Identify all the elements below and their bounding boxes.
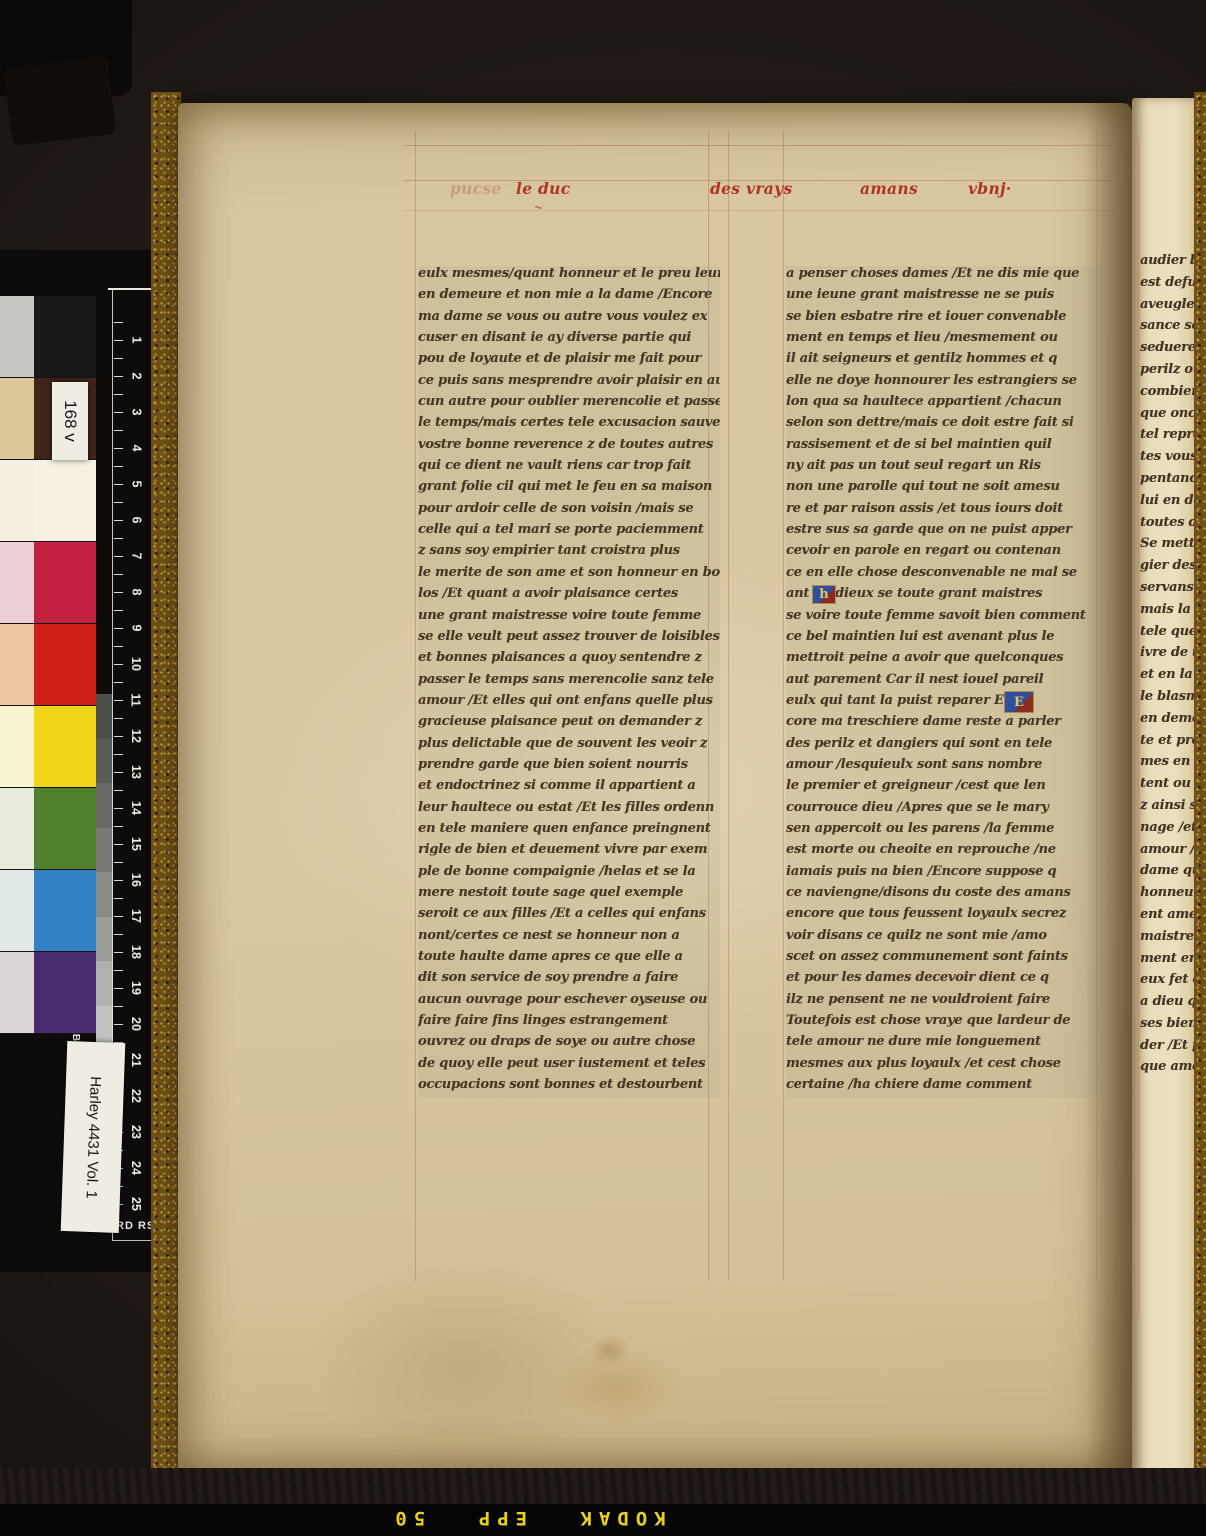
illuminated-initial: E (1004, 691, 1034, 713)
ruling-line (415, 131, 416, 1281)
ruler-number: 24 (118, 1150, 154, 1186)
ruler-number: 10 (118, 646, 154, 682)
manuscript-line: nont/certes ce nest se honneur non a (418, 928, 720, 949)
color-patch-row (0, 624, 96, 706)
ruling-line (783, 131, 784, 1281)
manuscript-line: occupacions sont bonnes et destourbent (418, 1077, 720, 1098)
manuscript-line: a penser choses dames /Et ne dis mie que (786, 266, 1102, 287)
color-patch-tint (0, 542, 34, 623)
manuscript-line: nage /et (1140, 817, 1194, 839)
color-patch-solid (34, 870, 96, 951)
initial-letter: h (819, 588, 828, 601)
manuscript-line: eux fet con (1140, 969, 1194, 991)
folio-label-text: 168 v (60, 400, 80, 442)
manuscript-line: eulx mesmes/quant honneur et le preu leu… (418, 266, 720, 287)
color-patch-tint (0, 870, 34, 951)
manuscript-line: en tele maniere quen enfance preingnent (418, 821, 720, 842)
film-edge-strip: KODAK EPP 50 (0, 1504, 1206, 1536)
color-patch-row (0, 706, 96, 788)
manuscript-line: leur haultece ou estat /Et les filles or… (418, 800, 720, 821)
manuscript-line: estre sus sa garde que on ne puist apper (786, 522, 1102, 543)
manuscript-line: se voire toute femme savoit bien comment (786, 608, 1102, 629)
color-patch-tint (0, 706, 34, 787)
manuscript-line: le blasme (1140, 686, 1194, 708)
manuscript-line: mesmes aux plus loyaulx /et cest chose (786, 1056, 1102, 1077)
manuscript-line: mes en qu (1140, 751, 1194, 773)
manuscript-line: tel reprou (1140, 424, 1194, 446)
manuscript-line: eulx qui tant la puist reparer Et en (786, 693, 1102, 714)
color-patch-row (0, 542, 96, 624)
manuscript-line: rigle de bien et deuement vivre par exem (418, 842, 720, 863)
manuscript-line: scet on assez communement sont faints (786, 949, 1102, 970)
ruler-number: 19 (118, 970, 154, 1006)
manuscript-line: amour /Et elles qui ont enfans quelle pl… (418, 693, 720, 714)
gilt-binding-edge-left (151, 92, 181, 1484)
manuscript-line: aucun ouvrage pour eschever oyseuse ou (418, 992, 720, 1013)
manuscript-line: sen appercoit ou les parens /la femme (786, 821, 1102, 842)
manuscript-line: plus delictable que de souvent les veoir… (418, 736, 720, 757)
next-folio-edge: audier bonest defulaveugleesance sensedu… (1132, 98, 1194, 1484)
manuscript-line: et endoctrinez si comme il appartient a (418, 778, 720, 799)
manuscript-line: los /Et quant a avoir plaisance certes (418, 586, 720, 607)
manuscript-line: est deful (1140, 272, 1194, 294)
color-patch-solid (34, 542, 96, 623)
color-patch-solid (34, 952, 96, 1033)
manuscript-line: aut parement Car il nest iouel pareil (786, 672, 1102, 693)
running-header-amans: amans (860, 179, 918, 198)
color-patch-solid (34, 706, 96, 787)
photograph: B 0 123456789101112131415161718192021222… (0, 0, 1206, 1536)
manuscript-line: il ait seigneurs et gentilz hommes et q (786, 351, 1102, 372)
running-header-le-duc: le duc (516, 179, 571, 198)
manuscript-line: amour / (1140, 839, 1194, 861)
shelfmark-label-text: Harley 4431 Vol. 1 (82, 1075, 103, 1198)
manuscript-line: te et pron (1140, 730, 1194, 752)
manuscript-line: ce naviengne/disons du coste des amans (786, 885, 1102, 906)
initial-letter: E (1014, 696, 1024, 709)
manuscript-line: honneur s (1140, 882, 1194, 904)
manuscript-line: Toutefois est chose vraye que lardeur de (786, 1013, 1102, 1034)
color-patch-solid (34, 460, 96, 541)
manuscript-line: aveuglee (1140, 294, 1194, 316)
manuscript-line: dit son service de soy prendre a faire (418, 970, 720, 991)
manuscript-line: combien q (1140, 381, 1194, 403)
folio-label: 168 v (52, 382, 88, 460)
manuscript-line: ce en elle chose desconvenable ne mal se (786, 565, 1102, 586)
manuscript-line: a dieu qu (1140, 991, 1194, 1013)
manuscript-line: ple de bonne compaignie /helas et se la (418, 864, 720, 885)
manuscript-line: tent ou au (1140, 773, 1194, 795)
manuscript-line: voir disans ce quilz ne sont mie /amo (786, 928, 1102, 949)
manuscript-line: pou de loyaute et de plaisir me fait pou… (418, 351, 720, 372)
ruling-line (1138, 138, 1139, 1318)
manuscript-line: celle qui a tel mari se porte paciemment (418, 522, 720, 543)
color-patch-row (0, 870, 96, 952)
manuscript-line: tes vous (1140, 446, 1194, 468)
ruler-number: 3 (118, 394, 154, 430)
manuscript-line: ma dame se vous ou autre vous voulez ex (418, 309, 720, 330)
color-patch-row (0, 952, 96, 1034)
manuscript-line: sedueress (1140, 337, 1194, 359)
ruler-number: 2 (118, 358, 154, 394)
manuscript-line: servans / (1140, 577, 1194, 599)
manuscript-line: ent amez (1140, 904, 1194, 926)
manuscript-line: mettroit peine a avoir que quelconques (786, 650, 1102, 671)
manuscript-line: se bien esbatre rire et iouer convenable (786, 309, 1102, 330)
grayscale-mark-top: B (70, 1034, 81, 1041)
manuscript-line: ilz ne pensent ne ne vouldroient faire (786, 992, 1102, 1013)
ruler-number: 6 (118, 502, 154, 538)
color-patch-tint (0, 378, 34, 459)
ruling-line (403, 145, 1113, 146)
ruling-line (403, 210, 1113, 211)
manuscript-line: passer le temps sans merencolie sanz tel… (418, 672, 720, 693)
manuscript-line: ce puis sans mesprendre avoir plaisir en… (418, 373, 720, 394)
color-patch-row (0, 460, 96, 542)
gilt-fore-edge-right (1194, 92, 1206, 1492)
manuscript-line: cevoir en parole en regart ou contenan (786, 543, 1102, 564)
manuscript-line: une grant maistresse voire toute femme (418, 608, 720, 629)
manuscript-line: gracieuse plaisance peut on demander z (418, 714, 720, 735)
color-patch-row (0, 788, 96, 870)
ruler-number: 16 (118, 862, 154, 898)
manuscript-line: faire faire fins linges estrangement (418, 1013, 720, 1034)
manuscript-line: qui ce dient ne vault riens car trop fai… (418, 458, 720, 479)
manuscript-line: pour ardoir celle de son voisin /mais se (418, 501, 720, 522)
manuscript-line: le temps/mais certes tele excusacion sau… (418, 415, 720, 436)
manuscript-line: maistresse (1140, 926, 1194, 948)
manuscript-line: ny ait pas un tout seul regart un Ris (786, 458, 1102, 479)
ruler-number: 17 (118, 898, 154, 934)
manuscript-line: seroit ce aux filles /Et a celles qui en… (418, 906, 720, 927)
manuscript-line: se elle veult peut assez trouver de lois… (418, 629, 720, 650)
manuscript-line: ce bel maintien lui est avenant plus le (786, 629, 1102, 650)
manuscript-line: tele que q (1140, 621, 1194, 643)
gutter-shadow (1086, 103, 1132, 1473)
manuscript-line: selon son dettre/mais ce doit estre fait… (786, 415, 1102, 436)
manuscript-line: pentance (1140, 468, 1194, 490)
manuscript-line: et pour les dames decevoir dient ce q (786, 970, 1102, 991)
ruler-number: 15 (118, 826, 154, 862)
manuscript-line: amour /lesquieulx sont sans nombre (786, 757, 1102, 778)
color-patch-tint (0, 952, 34, 1033)
ruler-number: 18 (118, 934, 154, 970)
ruler-number: 7 (118, 538, 154, 574)
rubric-flourish: ~ (533, 200, 545, 215)
manuscript-line: cuser en disant ie ay diverse partie qui (418, 330, 720, 351)
manuscript-line: audier bon (1140, 250, 1194, 272)
manuscript-line: gier des l (1140, 555, 1194, 577)
binding-clasp (4, 56, 117, 146)
manuscript-line: der /Et p (1140, 1035, 1194, 1057)
manuscript-line: lui en dem (1140, 490, 1194, 512)
manuscript-line: courrouce dieu /Apres que se le mary (786, 800, 1102, 821)
film-edge-text: KODAK EPP 50 (352, 1507, 702, 1529)
manuscript-line: une ieune grant maistresse ne se puis (786, 287, 1102, 308)
ruler-number: 12 (118, 718, 154, 754)
manuscript-line: ses bien / (1140, 1013, 1194, 1035)
manuscript-line: iamais puis na bien /Encore suppose q (786, 864, 1102, 885)
manuscript-line: ouvrez ou draps de soye ou autre chose (418, 1034, 720, 1055)
color-patch-solid (34, 296, 96, 377)
color-patch-tint (0, 460, 34, 541)
manuscript-page: pucse le duc des vrays amans vbnj· ~ eul… (178, 103, 1132, 1473)
manuscript-line: ment en temps et lieu /mesmement ou (786, 330, 1102, 351)
manuscript-line: Se mettre (1140, 533, 1194, 555)
manuscript-line: et bonnes plaisances a quoy sentendre z (418, 650, 720, 671)
manuscript-line: le premier et greigneur /cest que len (786, 778, 1102, 799)
manuscript-line: prendre garde que bien soient nourris (418, 757, 720, 778)
manuscript-line: toutes da (1140, 512, 1194, 534)
manuscript-line: encore que tous feussent loyaulx secrez (786, 906, 1102, 927)
running-header-des-vrays: des vrays (710, 179, 792, 198)
color-patch-tint (0, 788, 34, 869)
ruler-number: 23 (118, 1114, 154, 1150)
manuscript-line: lon qua sa haultece appartient /chacun (786, 394, 1102, 415)
manuscript-line: rassisement et de si bel maintien quil (786, 437, 1102, 458)
manuscript-line: vostre bonne reverence z de toutes autre… (418, 437, 720, 458)
manuscript-line: dame qui (1140, 860, 1194, 882)
manuscript-line: cun autre pour oublier merencolie et pas… (418, 394, 720, 415)
ruling-line (728, 131, 729, 1281)
manuscript-line: mere nestoit toute sage quel exemple (418, 885, 720, 906)
color-patch-solid (34, 624, 96, 705)
manuscript-line: elle ne doye honnourer les estrangiers s… (786, 373, 1102, 394)
ruler-number: 9 (118, 610, 154, 646)
ruler-number: 20 (118, 1006, 154, 1042)
manuscript-line: sance sen (1140, 315, 1194, 337)
manuscript-line: le merite de son ame et son honneur en b… (418, 565, 720, 586)
manuscript-line: des perilz et dangiers qui sont en tele (786, 736, 1102, 757)
color-patch-tint (0, 624, 34, 705)
ruler-number: 25 (118, 1186, 154, 1222)
ruler-number: 14 (118, 790, 154, 826)
ruler-number: 8 (118, 574, 154, 610)
manuscript-line: grant folie cil qui met le feu en sa mai… (418, 479, 720, 500)
manuscript-line: toute haulte dame apres ce que elle a (418, 949, 720, 970)
color-patch-solid (34, 788, 96, 869)
shelfmark-label: Harley 4431 Vol. 1 (61, 1041, 126, 1233)
manuscript-line: en demeure et non mie a la dame /Encore (418, 287, 720, 308)
manuscript-line: core ma treschiere dame reste a parler (786, 714, 1102, 735)
ruler-number: 1 (118, 322, 154, 358)
ruler-number: 11 (118, 682, 154, 718)
manuscript-line: que ame (1140, 1056, 1194, 1078)
ruler-number: 5 (118, 466, 154, 502)
next-folio-text: audier bonest defulaveugleesance sensedu… (1140, 250, 1194, 1078)
manuscript-line: ivre de te (1140, 642, 1194, 664)
manuscript-line: re et par raison assis /et tous iours do… (786, 501, 1102, 522)
manuscript-line: de quoy elle peut user iustement et tele… (418, 1056, 720, 1077)
color-patch-tint (0, 296, 34, 377)
manuscript-line: certaine /ha chiere dame comment (786, 1077, 1102, 1098)
ruler-number: 13 (118, 754, 154, 790)
ruler-number: 4 (118, 430, 154, 466)
color-patch-row (0, 296, 96, 378)
manuscript-line: tele amour ne dure mie longuement (786, 1034, 1102, 1055)
manuscript-line: z ainsi se f (1140, 795, 1194, 817)
running-header-folio-number: vbnj· (968, 179, 1012, 198)
manuscript-line: non une parolle qui tout ne soit amesu (786, 479, 1102, 500)
text-column-2: a penser choses dames /Et ne dis mie que… (786, 266, 1102, 1098)
manuscript-line: que oncq (1140, 403, 1194, 425)
manuscript-line: mais la f (1140, 599, 1194, 621)
manuscript-line: z sans soy empirier tant croistra plus (418, 543, 720, 564)
text-column-1: eulx mesmes/quant honneur et le preu leu… (418, 266, 720, 1098)
manuscript-line: en demeu (1140, 708, 1194, 730)
header-offset-ghost: pucse (450, 179, 502, 198)
manuscript-line: perilz ou (1140, 359, 1194, 381)
manuscript-line: est morte ou cheoite en reprouche /ne (786, 842, 1102, 863)
manuscript-line: ment en t (1140, 948, 1194, 970)
illuminated-initial: h (812, 585, 836, 604)
manuscript-line: et en la fr (1140, 664, 1194, 686)
